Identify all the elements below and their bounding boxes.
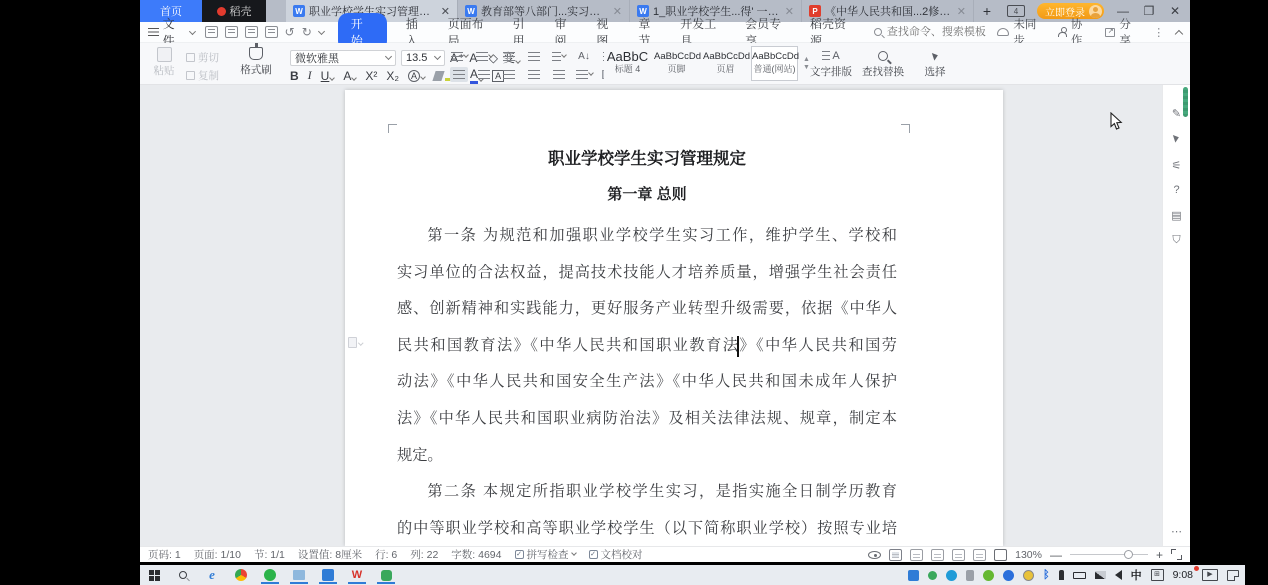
write-mode-icon[interactable]: [973, 549, 986, 561]
chrome-icon: [235, 569, 247, 581]
print-icon[interactable]: [245, 26, 258, 38]
document-page[interactable]: 职业学校学生实习管理规定 第一章 总则 第一条 为规范和加强职业学校学生实习工作…: [345, 90, 1003, 546]
status-line: 行: 6: [375, 547, 397, 562]
chevron-down-icon: [189, 28, 196, 35]
file-manager-button[interactable]: [291, 566, 307, 584]
feedback-icon[interactable]: ▤: [1163, 209, 1190, 222]
chevron-down-icon: [434, 53, 441, 60]
paste-button[interactable]: 粘贴: [148, 47, 180, 78]
edit-pen-icon[interactable]: ✎: [1163, 107, 1190, 120]
chapter-heading: 第一章 总则: [397, 184, 897, 206]
wps-icon: W: [352, 569, 362, 581]
docs-app-button[interactable]: [320, 566, 336, 584]
cut-copy-group: 剪切 复制: [186, 50, 219, 83]
sort-button[interactable]: A↓: [575, 49, 593, 64]
align-center-button[interactable]: [475, 67, 493, 82]
side-toolbar: ✎ ⚟ ? ▤ ⛉ ⋯: [1162, 85, 1190, 546]
font-name-select[interactable]: 微软雅黑: [290, 50, 396, 66]
font-size-select[interactable]: 13.5: [401, 50, 445, 66]
chevron-down-icon: [420, 74, 426, 80]
system-tray: ᛒ 中 ⊞ 9:08 ▶: [908, 567, 1239, 583]
taskbar-left: e W: [146, 566, 394, 584]
style-footer[interactable]: AaBbCcDd 页脚: [653, 46, 700, 81]
tray-blue-circle-icon[interactable]: [946, 570, 957, 581]
network-signal-icon[interactable]: [1095, 571, 1106, 579]
styles-gallery: AaBbC 标题 4 AaBbCcDd 页脚 AaBbCcDd 页眉 AaBbC…: [604, 46, 810, 81]
circled-char-button[interactable]: A: [408, 70, 425, 82]
cut-button[interactable]: 剪切: [186, 50, 219, 65]
media-player-icon[interactable]: ▶: [1202, 569, 1218, 581]
clock[interactable]: 9:08: [1173, 569, 1193, 581]
shield-icon[interactable]: ⛉: [1163, 234, 1190, 247]
tray-blue-app-icon[interactable]: [908, 570, 919, 581]
wps-window: 首页 稻壳 W 职业学校学生实习管理规定.docx ✕ W 教育部等八部门...…: [140, 0, 1190, 562]
document-title: 职业学校学生实习管理规定: [397, 148, 897, 170]
save-icon[interactable]: [205, 26, 218, 38]
align-left-button[interactable]: [450, 67, 468, 82]
body-text: 第一条 为规范和加强职业学校学生实习工作，维护学生、学校和 实习单位的合法权益，…: [345, 218, 1003, 546]
spell-check-button[interactable]: ✓拼写检查: [515, 547, 576, 562]
green-app-icon: [381, 570, 392, 581]
search-icon: [874, 28, 882, 36]
docer-icon: [217, 7, 226, 16]
print-preview-icon[interactable]: [265, 26, 278, 38]
zoom-slider[interactable]: [1070, 554, 1148, 555]
line-spacing-button[interactable]: [575, 67, 593, 82]
cursor-icon: [931, 51, 938, 60]
blue-app-icon: [322, 569, 334, 581]
select-button[interactable]: 选择: [912, 48, 958, 79]
start-button[interactable]: [146, 566, 162, 584]
tray-blue-dot-icon[interactable]: [1003, 570, 1014, 581]
microphone-icon[interactable]: [1059, 570, 1064, 580]
margin-tool-icon: [348, 337, 357, 348]
windows-taskbar: e W ᛒ 中 ⊞ 9:08 ▶: [140, 565, 1245, 585]
status-page-count: 页面: 1/10: [194, 547, 241, 562]
paragraph-margin-tool[interactable]: [348, 337, 363, 348]
more-tools-icon[interactable]: ⋯: [1163, 525, 1190, 538]
folder-icon: [293, 570, 305, 580]
page-content: 职业学校学生实习管理规定 第一章 总则 第一条 为规范和加强职业学校学生实习工作…: [345, 90, 1003, 546]
document-canvas[interactable]: 职业学校学生实习管理规定 第一章 总则 第一条 为规范和加强职业学校学生实习工作…: [140, 85, 1162, 546]
windows-logo-icon: [149, 570, 160, 581]
more-menu-icon[interactable]: ⋮: [1153, 26, 1164, 39]
justify-button[interactable]: [525, 67, 543, 82]
fit-page-icon[interactable]: [994, 549, 1007, 561]
crop-mark-left: [388, 124, 397, 133]
text-line: 第一条 为规范和加强职业学校学生实习工作，维护学生、学校和: [397, 218, 897, 255]
action-center-icon[interactable]: [1227, 570, 1239, 581]
ribbon-tools: A 文字排版 查找替换 选择: [808, 48, 958, 79]
avatar: [1089, 5, 1102, 18]
text-layout-button[interactable]: A 文字排版: [808, 48, 854, 79]
chevron-down-icon: [352, 75, 358, 81]
proofread-icon: ✓: [589, 550, 598, 559]
tray-shield-icon[interactable]: [1023, 570, 1034, 581]
battery-icon[interactable]: [1073, 572, 1086, 579]
ribbon: 粘贴 剪切 复制 格式刷 微软雅黑 13.5 A⁺ A⁻ ◇ 变 B I U A…: [140, 43, 1190, 85]
zoom-in-button[interactable]: +: [1156, 548, 1163, 562]
search-icon: [878, 51, 888, 61]
status-column: 列: 22: [410, 547, 438, 562]
status-section: 节: 1/1: [254, 547, 285, 562]
menu-bar: 文件 ↺ ↻ 开始 插入 页面布局 引用 审阅 视图 章节 开发工具 会员专享 …: [140, 22, 1190, 43]
distribute-button[interactable]: [550, 67, 568, 82]
tab-close-icon[interactable]: ✕: [785, 5, 794, 18]
ime-toolbar-icon[interactable]: ⊞: [1151, 569, 1164, 581]
zoom-slider-thumb[interactable]: [1124, 550, 1133, 559]
scissors-icon: [186, 53, 195, 62]
spellcheck-icon: ✓: [515, 550, 524, 559]
green-app-button[interactable]: [378, 566, 394, 584]
chevron-down-icon: [385, 53, 392, 60]
copy-icon: [186, 71, 195, 80]
share-icon: [1105, 28, 1116, 37]
underline-button[interactable]: U: [321, 69, 335, 83]
format-painter-button[interactable]: 格式刷: [236, 47, 276, 77]
wps-button[interactable]: W: [349, 566, 365, 584]
person-icon: [1058, 27, 1067, 37]
tab-docer[interactable]: 稻壳: [202, 0, 266, 22]
crop-mark-right: [901, 124, 910, 133]
style-header[interactable]: AaBbCcDd 页眉: [702, 46, 749, 81]
usb-icon[interactable]: [966, 570, 974, 581]
speaker-icon[interactable]: [1115, 570, 1122, 580]
search-icon: [179, 571, 187, 579]
eye-protect-icon[interactable]: [868, 551, 881, 559]
customize-toolbar-icon[interactable]: [318, 27, 325, 34]
text-layout-icon: [822, 51, 830, 60]
italic-button[interactable]: I: [308, 68, 312, 83]
taskbar-search-button[interactable]: [175, 566, 191, 584]
highlighter-icon: [432, 71, 444, 81]
increase-indent-button[interactable]: [525, 49, 543, 64]
proofread-button[interactable]: ✓文档校对: [589, 547, 643, 562]
browser-360-button[interactable]: [262, 566, 278, 584]
export-pdf-icon[interactable]: [225, 26, 238, 38]
superscript-button[interactable]: X²: [365, 69, 377, 83]
undo-icon[interactable]: ↺: [285, 25, 295, 39]
brush-icon: [249, 47, 263, 60]
tab-close-icon[interactable]: ✕: [613, 5, 622, 18]
cloud-icon: [997, 28, 1009, 36]
chevron-down-icon: [330, 75, 336, 81]
zoom-level[interactable]: 130%: [1015, 549, 1042, 561]
status-right: 130% — +: [868, 548, 1182, 562]
text-line: 感、创新精神和实践能力，更好服务产业转型升级需要，依据《中华人: [397, 291, 897, 328]
subscript-button[interactable]: X₂: [386, 69, 399, 83]
text-line: 第二条 本规定所指职业学校学生实习，是指实施全日制学历教育: [397, 474, 897, 511]
word-file-icon: W: [293, 5, 305, 17]
text-line: 规定。: [397, 438, 897, 475]
chrome-button[interactable]: [233, 566, 249, 584]
text-line: 动法》《中华人民共和国安全生产法》《中华人民共和国未成年人保护: [397, 364, 897, 401]
ie-browser-button[interactable]: e: [204, 566, 220, 584]
status-setting-value: 设置值: 8厘米: [298, 547, 362, 562]
text-direction-button[interactable]: [550, 49, 568, 64]
text-line: 民共和国教育法》《中华人民共和国职业教育法》《中华人民共和国劳: [397, 328, 897, 365]
bluetooth-icon[interactable]: ᛒ: [1043, 569, 1050, 581]
chevron-down-icon: [358, 340, 363, 345]
paste-icon: [157, 47, 172, 62]
settings-slider-icon[interactable]: ⚟: [1163, 159, 1190, 172]
page-view-icon[interactable]: [889, 549, 902, 561]
status-bar: 页码: 1 页面: 1/10 节: 1/1 设置值: 8厘米 行: 6 列: 2…: [140, 546, 1190, 562]
status-page-number: 页码: 1: [148, 547, 181, 562]
360-icon: [264, 569, 276, 581]
outline-view-icon[interactable]: [910, 549, 923, 561]
read-view-icon[interactable]: [931, 549, 944, 561]
web-view-icon[interactable]: [952, 549, 965, 561]
fullscreen-icon[interactable]: [1171, 549, 1182, 560]
align-right-button[interactable]: [500, 67, 518, 82]
help-icon[interactable]: ?: [1163, 184, 1190, 196]
redo-icon[interactable]: ↻: [302, 25, 312, 39]
numbered-list-button[interactable]: [475, 49, 493, 64]
text-line: 实习单位的合法权益，提高技术技能人才培养质量，增强学生社会责任: [397, 255, 897, 292]
text-line: 的中等职业学校和高等职业学校学生（以下简称职业学校）按照专业培: [397, 511, 897, 546]
command-search[interactable]: [874, 26, 997, 38]
bullet-list-button[interactable]: [450, 49, 468, 64]
style-heading4[interactable]: AaBbC 标题 4: [604, 46, 651, 81]
hamburger-icon: [148, 28, 159, 36]
collapse-ribbon-icon[interactable]: [1175, 29, 1183, 37]
copy-button[interactable]: 复制: [186, 68, 219, 83]
ime-language-icon[interactable]: 中: [1131, 567, 1142, 583]
search-input[interactable]: [887, 26, 997, 38]
text-cursor: [737, 336, 739, 357]
decrease-indent-button[interactable]: [500, 49, 518, 64]
status-word-count[interactable]: 字数: 4694: [451, 547, 501, 562]
tray-green-plus-icon[interactable]: [983, 570, 994, 581]
tray-green-icon[interactable]: [928, 571, 937, 580]
bold-button[interactable]: B: [290, 69, 299, 83]
char-style-button[interactable]: A: [343, 69, 356, 83]
quick-access-toolbar: ↺ ↻: [205, 25, 324, 39]
tab-close-icon[interactable]: ✕: [957, 5, 966, 18]
select-cursor-icon[interactable]: [1163, 133, 1190, 145]
find-replace-button[interactable]: 查找替换: [860, 48, 906, 79]
mouse-cursor: [1110, 112, 1123, 136]
zoom-out-button[interactable]: —: [1050, 548, 1062, 562]
text-line: 法》《中华人民共和国职业病防治法》及相关法律法规、规章，制定本: [397, 401, 897, 438]
tab-spacer: [266, 0, 286, 22]
style-normal-web[interactable]: AaBbCcDd 普通(网站): [751, 46, 798, 81]
